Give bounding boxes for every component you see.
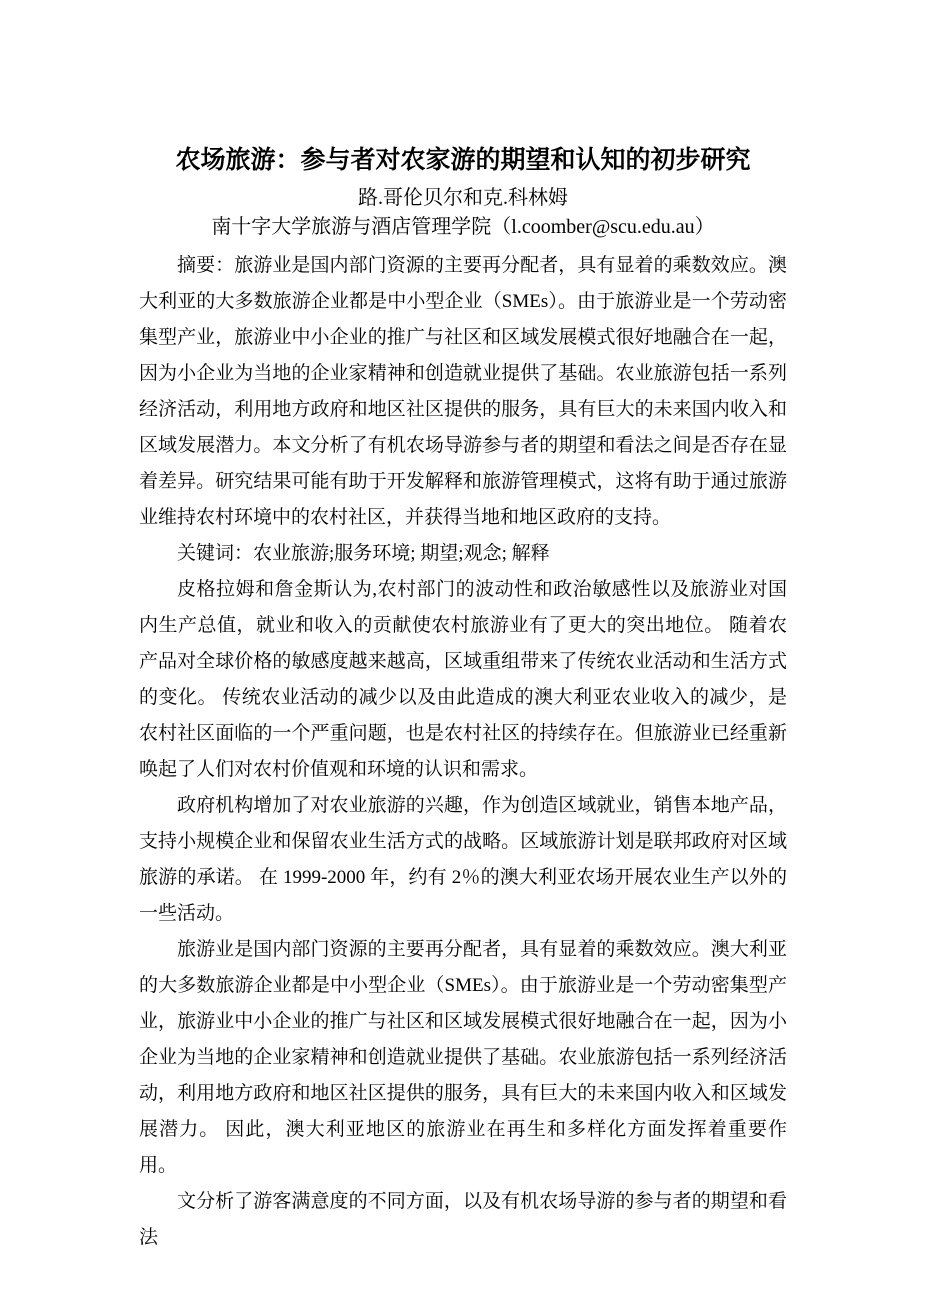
body-paragraph-1: 皮格拉姆和詹金斯认为,农村部门的波动性和政治敏感性以及旅游业对国内生产总值，就业… [139,572,787,788]
paper-title: 农场旅游：参与者对农家游的期望和认知的初步研究 [139,144,787,176]
abstract-paragraph: 摘要：旅游业是国内部门资源的主要再分配者，具有显着的乘数效应。澳大利亚的大多数旅… [139,248,787,536]
paper-authors: 路.哥伦贝尔和克.科林姆 [139,184,787,213]
body-paragraph-2: 政府机构增加了对农业旅游的兴趣，作为创造区域就业，销售本地产品，支持小规模企业和… [139,788,787,932]
keywords-line: 关键词：农业旅游;服务环境; 期望;观念; 解释 [139,536,787,572]
document-content: 农场旅游：参与者对农家游的期望和认知的初步研究 路.哥伦贝尔和克.科林姆 南十字… [139,144,787,1256]
paper-affiliation: 南十字大学旅游与酒店管理学院（l.coomber@scu.edu.au） [139,213,787,242]
document-page: 农场旅游：参与者对农家游的期望和认知的初步研究 路.哥伦贝尔和克.科林姆 南十字… [0,0,926,1309]
body-paragraph-3: 旅游业是国内部门资源的主要再分配者，具有显着的乘数效应。澳大利亚的大多数旅游企业… [139,932,787,1184]
body-paragraph-4: 文分析了游客满意度的不同方面，以及有机农场导游的参与者的期望和看法 [139,1184,787,1256]
